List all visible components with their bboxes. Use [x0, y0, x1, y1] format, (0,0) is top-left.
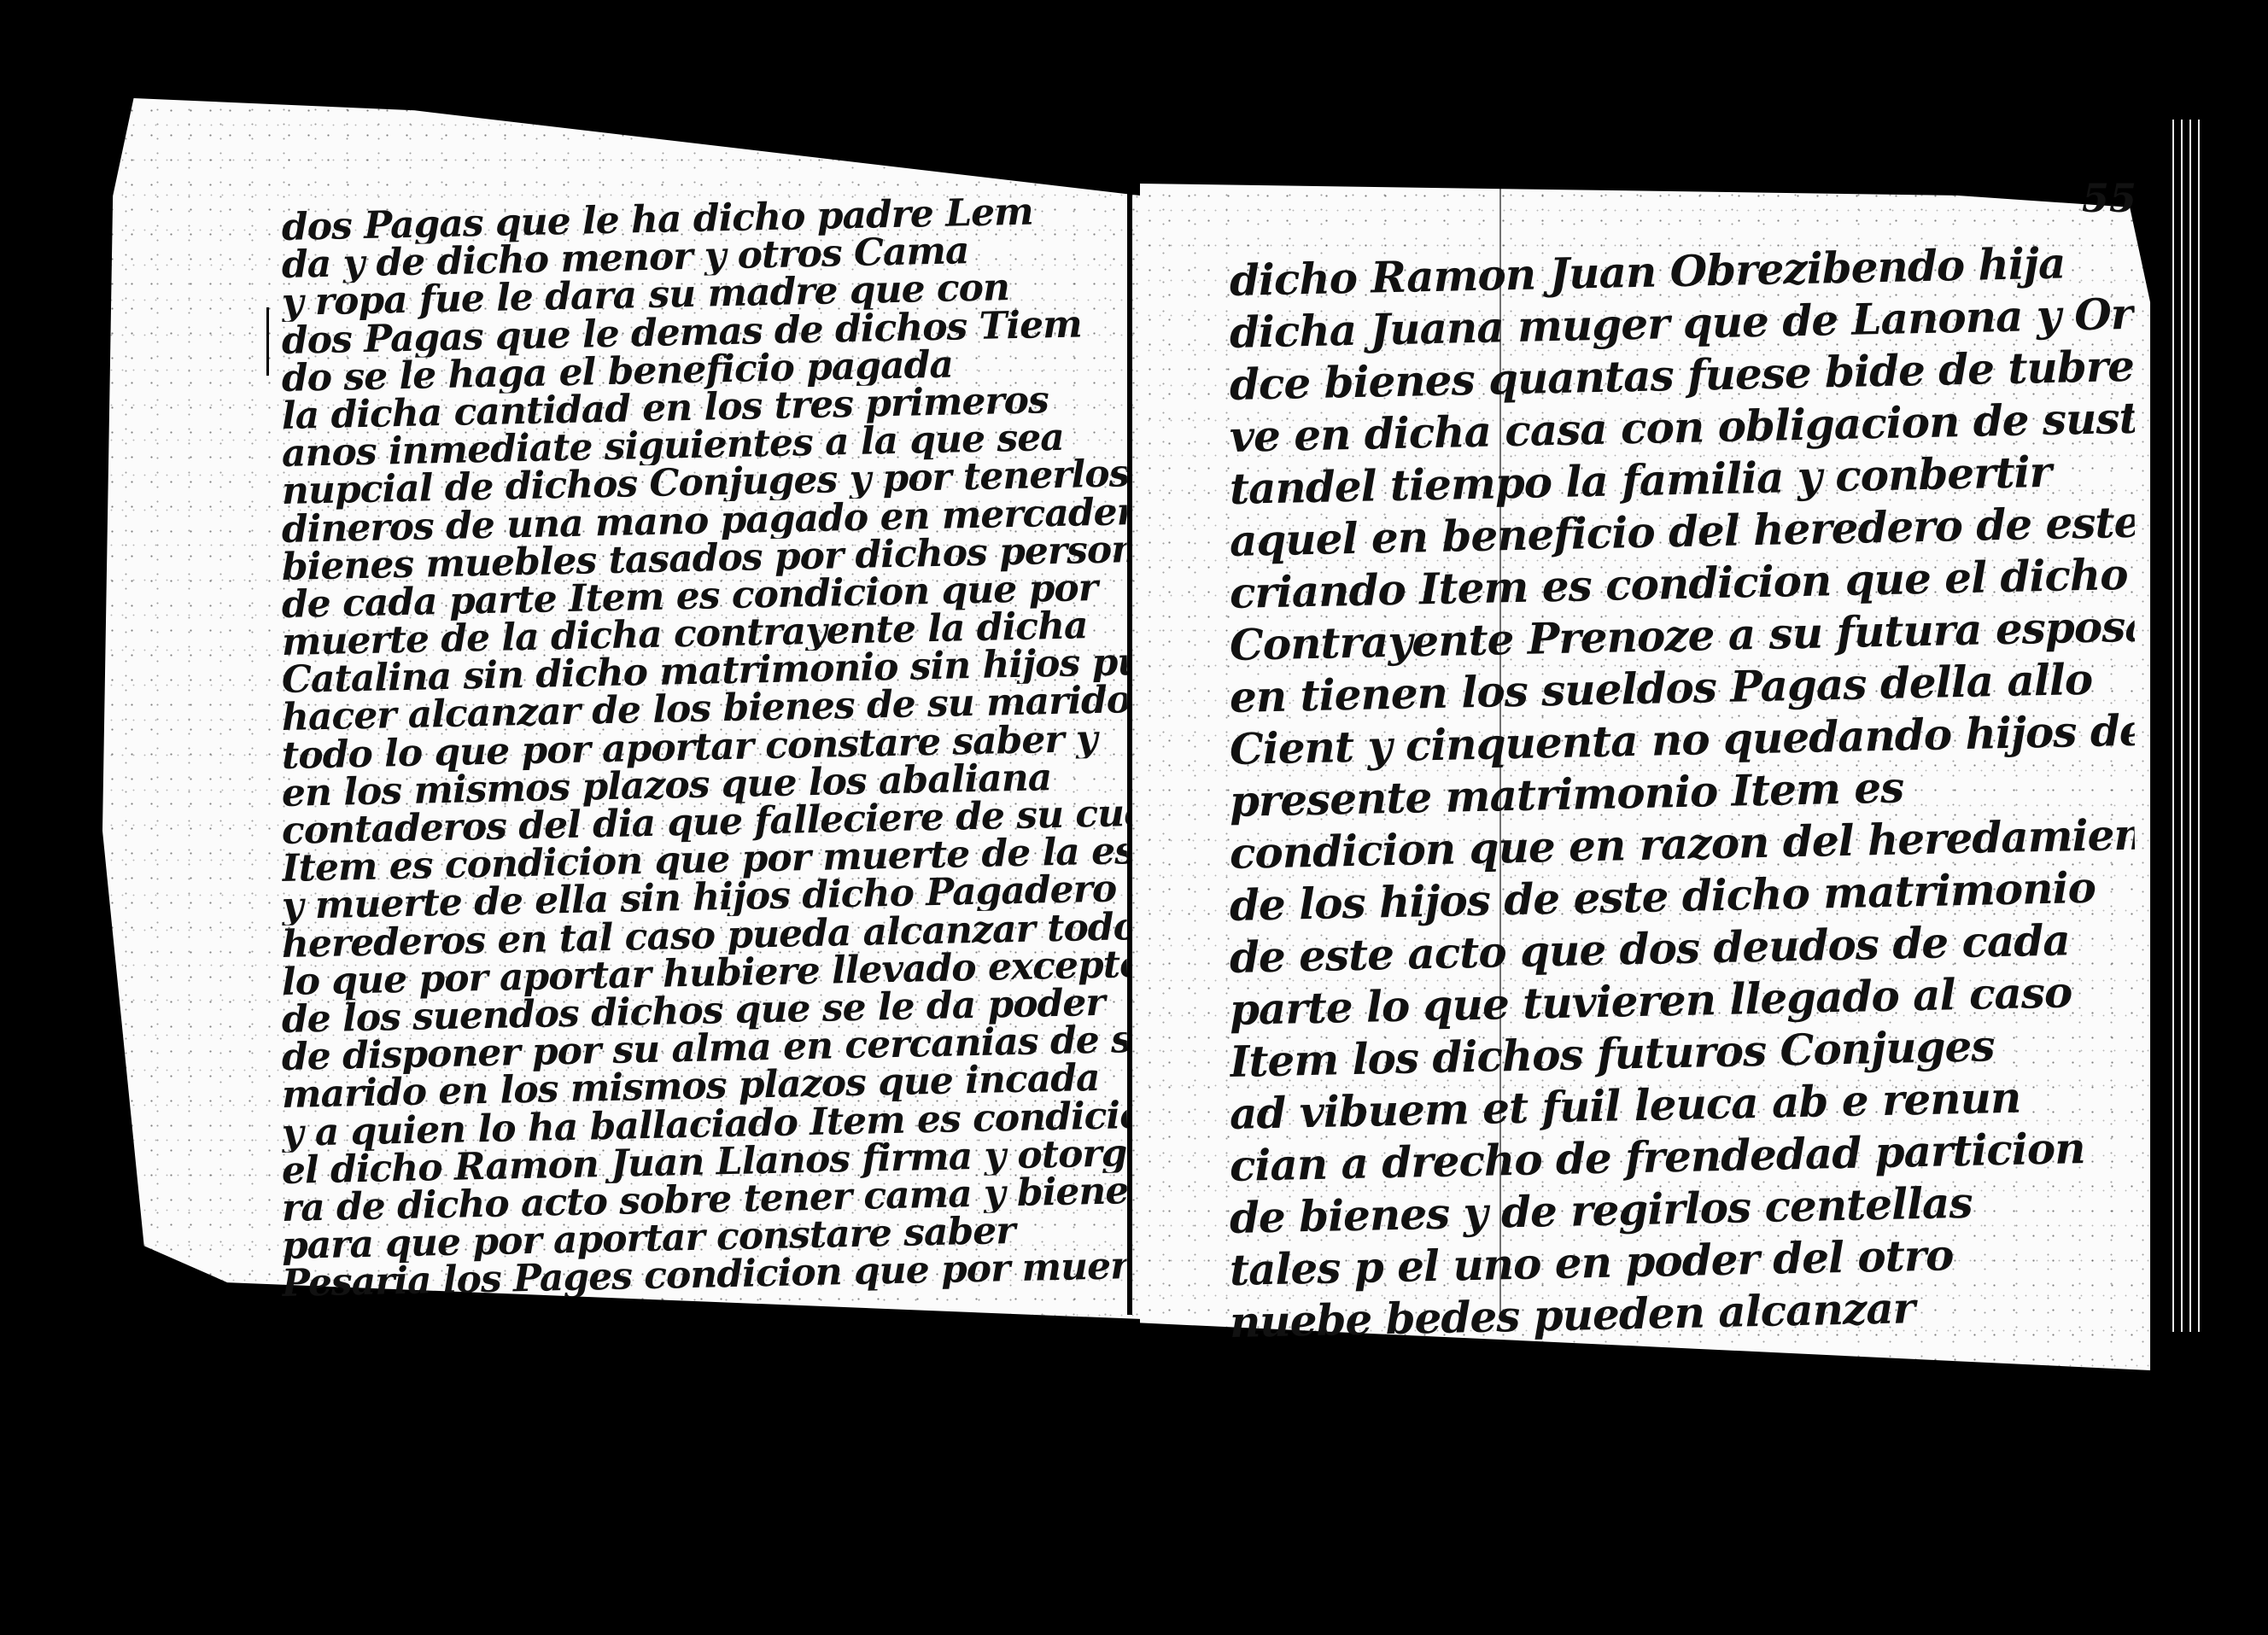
scanned-document: 55 dos Pagas que le ha dicho padre Lem d… — [0, 0, 2268, 1635]
left-page-text: dos Pagas que le ha dicho padre Lem da y… — [282, 209, 1127, 1303]
scan-background-bottom — [0, 1400, 2268, 1635]
right-page-margin-mark — [1996, 141, 1999, 175]
page-edges-stack — [2169, 120, 2203, 1332]
right-page-text: dicho Ramon Juan Obrezibendo hija dicha … — [1230, 256, 2135, 1350]
page-number: 55 — [2082, 175, 2136, 221]
left-margin-rule — [266, 307, 269, 376]
book-spine-gutter — [1127, 120, 1132, 1315]
